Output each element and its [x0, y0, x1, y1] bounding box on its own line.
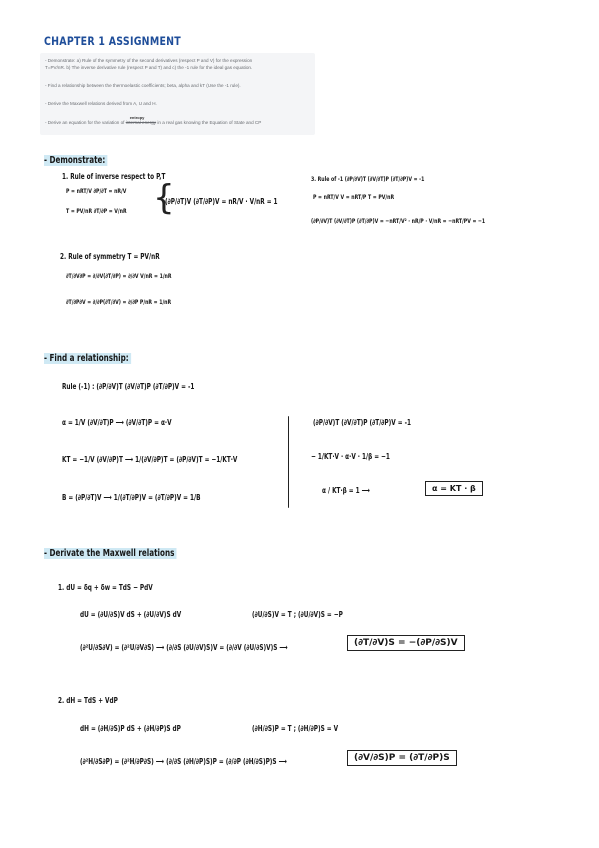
relationship-beta: B = (∂P/∂T)V ⟶ 1/(∂T/∂P)V = (∂T/∂P)V = 1…	[62, 493, 201, 502]
demonstrate-part1-result: (∂P/∂T)V (∂T/∂P)V = nR/V · V/nR = 1	[165, 197, 278, 206]
task-text: in a real gas knowing the Equation of St…	[156, 120, 261, 125]
maxwell-h-title: 2. dH = TdS + VdP	[58, 696, 118, 705]
task-line: - Derive the Maxwell relations derived f…	[45, 101, 157, 108]
maxwell-u-title: 1. dU = δq + δw = TdS − PdV	[58, 583, 153, 592]
section-heading-demonstrate: - Demonstrate:	[44, 155, 107, 166]
section-heading-maxwell: - Derivate the Maxwell relations	[44, 548, 177, 559]
relationship-alpha: α = 1/V (∂V/∂T)P ⟶ (∂V/∂T)P = α·V	[62, 418, 172, 427]
right-brace-icon	[288, 416, 289, 508]
maxwell-h-line1b: (∂H/∂S)P = T ; (∂H/∂P)S = V	[252, 724, 338, 733]
relationship-rule: Rule (-1) : (∂P/∂V)T (∂V/∂T)P (∂T/∂P)V =…	[62, 382, 194, 391]
demonstrate-part2-line1: ∂T/∂V∂P = ∂/∂V(∂T/∂P) = ∂/∂V V/nR = 1/nR	[66, 272, 171, 280]
assignment-title: CHAPTER 1 ASSIGNMENT	[44, 34, 181, 48]
maxwell-u-line2: (∂²U/∂S∂V) = (∂²U/∂V∂S) ⟶ (∂/∂S (∂U/∂V)S…	[80, 643, 288, 652]
task-line: - Demonstrate: a) Rule of the symmetry o…	[45, 58, 252, 65]
demonstrate-part1-title: 1. Rule of inverse respect to P,T	[62, 172, 165, 181]
task-text: - Derive an equation for the variation o…	[45, 120, 126, 125]
inserted-text: entropy	[130, 115, 145, 122]
demonstrate-part3-line1: P = nRT/V V = nRT/P T = PV/nR	[313, 193, 394, 201]
demonstrate-part1-line1: P = nRT/V ∂P/∂T = nR/V	[66, 187, 126, 195]
maxwell-u-line1b: (∂U/∂S)V = T ; (∂U/∂V)S = −P	[252, 610, 343, 619]
task-line-entropy: - Derive an equation for the variation o…	[45, 120, 261, 127]
maxwell-u-result-box: (∂T/∂V)S = −(∂P/∂S)V	[347, 635, 465, 651]
relationship-right-line2: − 1/KT·V · α·V · 1/β = −1	[311, 452, 390, 461]
task-instructions-box: - Demonstrate: a) Rule of the symmetry o…	[40, 53, 315, 135]
section-heading-relationship: - Find a relationship:	[44, 353, 131, 364]
relationship-kt: KT = −1/V (∂V/∂P)T ⟶ 1/(∂V/∂P)T = (∂P/∂V…	[62, 455, 237, 464]
demonstrate-part3-title: 3. Rule of -1 (∂P/∂V)T (∂V/∂T)P (∂T/∂P)V…	[311, 175, 424, 183]
maxwell-h-result-box: (∂V/∂S)P = (∂T/∂P)S	[347, 750, 457, 766]
maxwell-u-line1: dU = (∂U/∂S)V dS + (∂U/∂V)S dV	[80, 610, 181, 619]
task-line: T=PV/nR. b) The inverse derivative rule …	[45, 65, 252, 72]
demonstrate-part2-line2: ∂T/∂P∂V = ∂/∂P(∂T/∂V) = ∂/∂P P/nR = 1/nR	[66, 298, 171, 306]
relationship-right-line1: (∂P/∂V)T (∂V/∂T)P (∂T/∂P)V = -1	[313, 418, 411, 427]
task-line: - Find a relationship between the thermo…	[45, 83, 241, 90]
demonstrate-part2-title: 2. Rule of symmetry T = PV/nR	[60, 252, 160, 261]
demonstrate-part1-line2: T = PV/nR ∂T/∂P = V/nR	[66, 207, 127, 215]
relationship-right-line3: α / KT·β = 1 ⟶	[322, 486, 370, 495]
maxwell-h-line1: dH = (∂H/∂S)P dS + (∂H/∂P)S dP	[80, 724, 181, 733]
relationship-result-box: α = KT · β	[425, 481, 483, 496]
struck-text: internal energyentropy	[126, 120, 156, 125]
demonstrate-part3-line2: (∂P/∂V)T (∂V/∂T)P (∂T/∂P)V = −nRT/V² · n…	[311, 217, 485, 225]
maxwell-h-line2: (∂²H/∂S∂P) = (∂²H/∂P∂S) ⟶ (∂/∂S (∂H/∂P)S…	[80, 757, 287, 766]
